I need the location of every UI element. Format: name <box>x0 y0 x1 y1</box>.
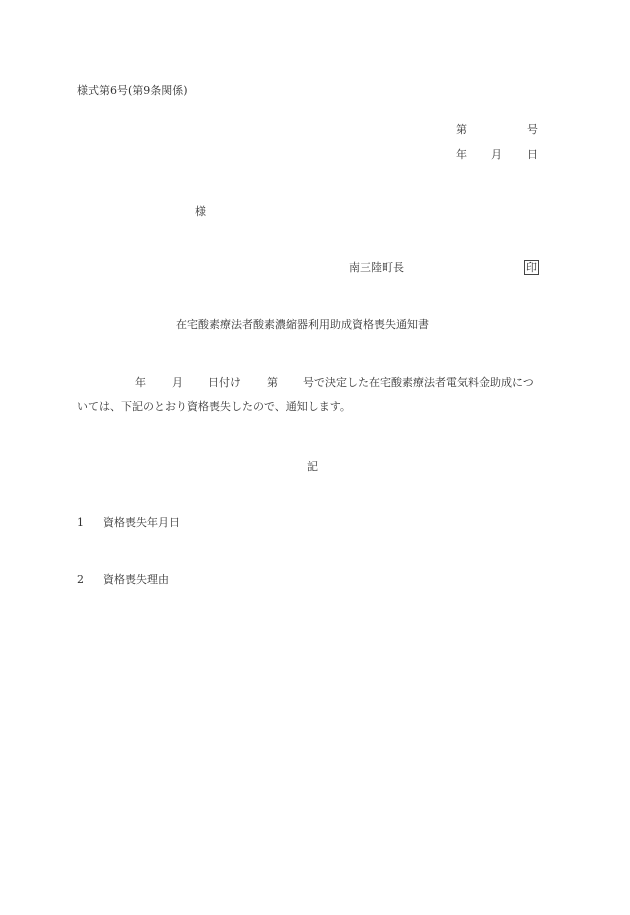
seal-icon: 印 <box>524 260 539 275</box>
item-1: 1 資格喪失年月日 <box>77 516 180 530</box>
number-suffix: 号 <box>527 123 538 137</box>
date-day: 日 <box>527 148 538 162</box>
document-title: 在宅酸素療法者酸素濃縮器利用助成資格喪失通知書 <box>176 318 429 332</box>
body-text-line1: 号で決定した在宅酸素療法者電気料金助成につ <box>303 376 534 390</box>
form-label: 様式第6号(第9条関係) <box>77 84 188 98</box>
date-month: 月 <box>491 148 502 162</box>
addressee-suffix: 様 <box>195 205 206 219</box>
item-2: 2 資格喪失理由 <box>77 573 169 587</box>
item-number: 2 <box>77 573 84 586</box>
body-year: 年 <box>135 376 146 390</box>
issuer-name: 南三陸町長 <box>349 261 404 275</box>
date-year: 年 <box>456 148 467 162</box>
item-number: 1 <box>77 516 84 529</box>
ki-heading: 記 <box>307 460 318 474</box>
seal-mark: 印 <box>524 260 539 275</box>
item-label: 資格喪失年月日 <box>103 516 180 529</box>
body-day-dated: 日付け <box>208 376 241 390</box>
body-no-prefix: 第 <box>267 376 278 390</box>
body-month: 月 <box>172 376 183 390</box>
item-label: 資格喪失理由 <box>103 573 169 586</box>
body-text-line2: いては、下記のとおり資格喪失したので、通知します。 <box>77 400 351 414</box>
number-prefix: 第 <box>456 123 467 137</box>
